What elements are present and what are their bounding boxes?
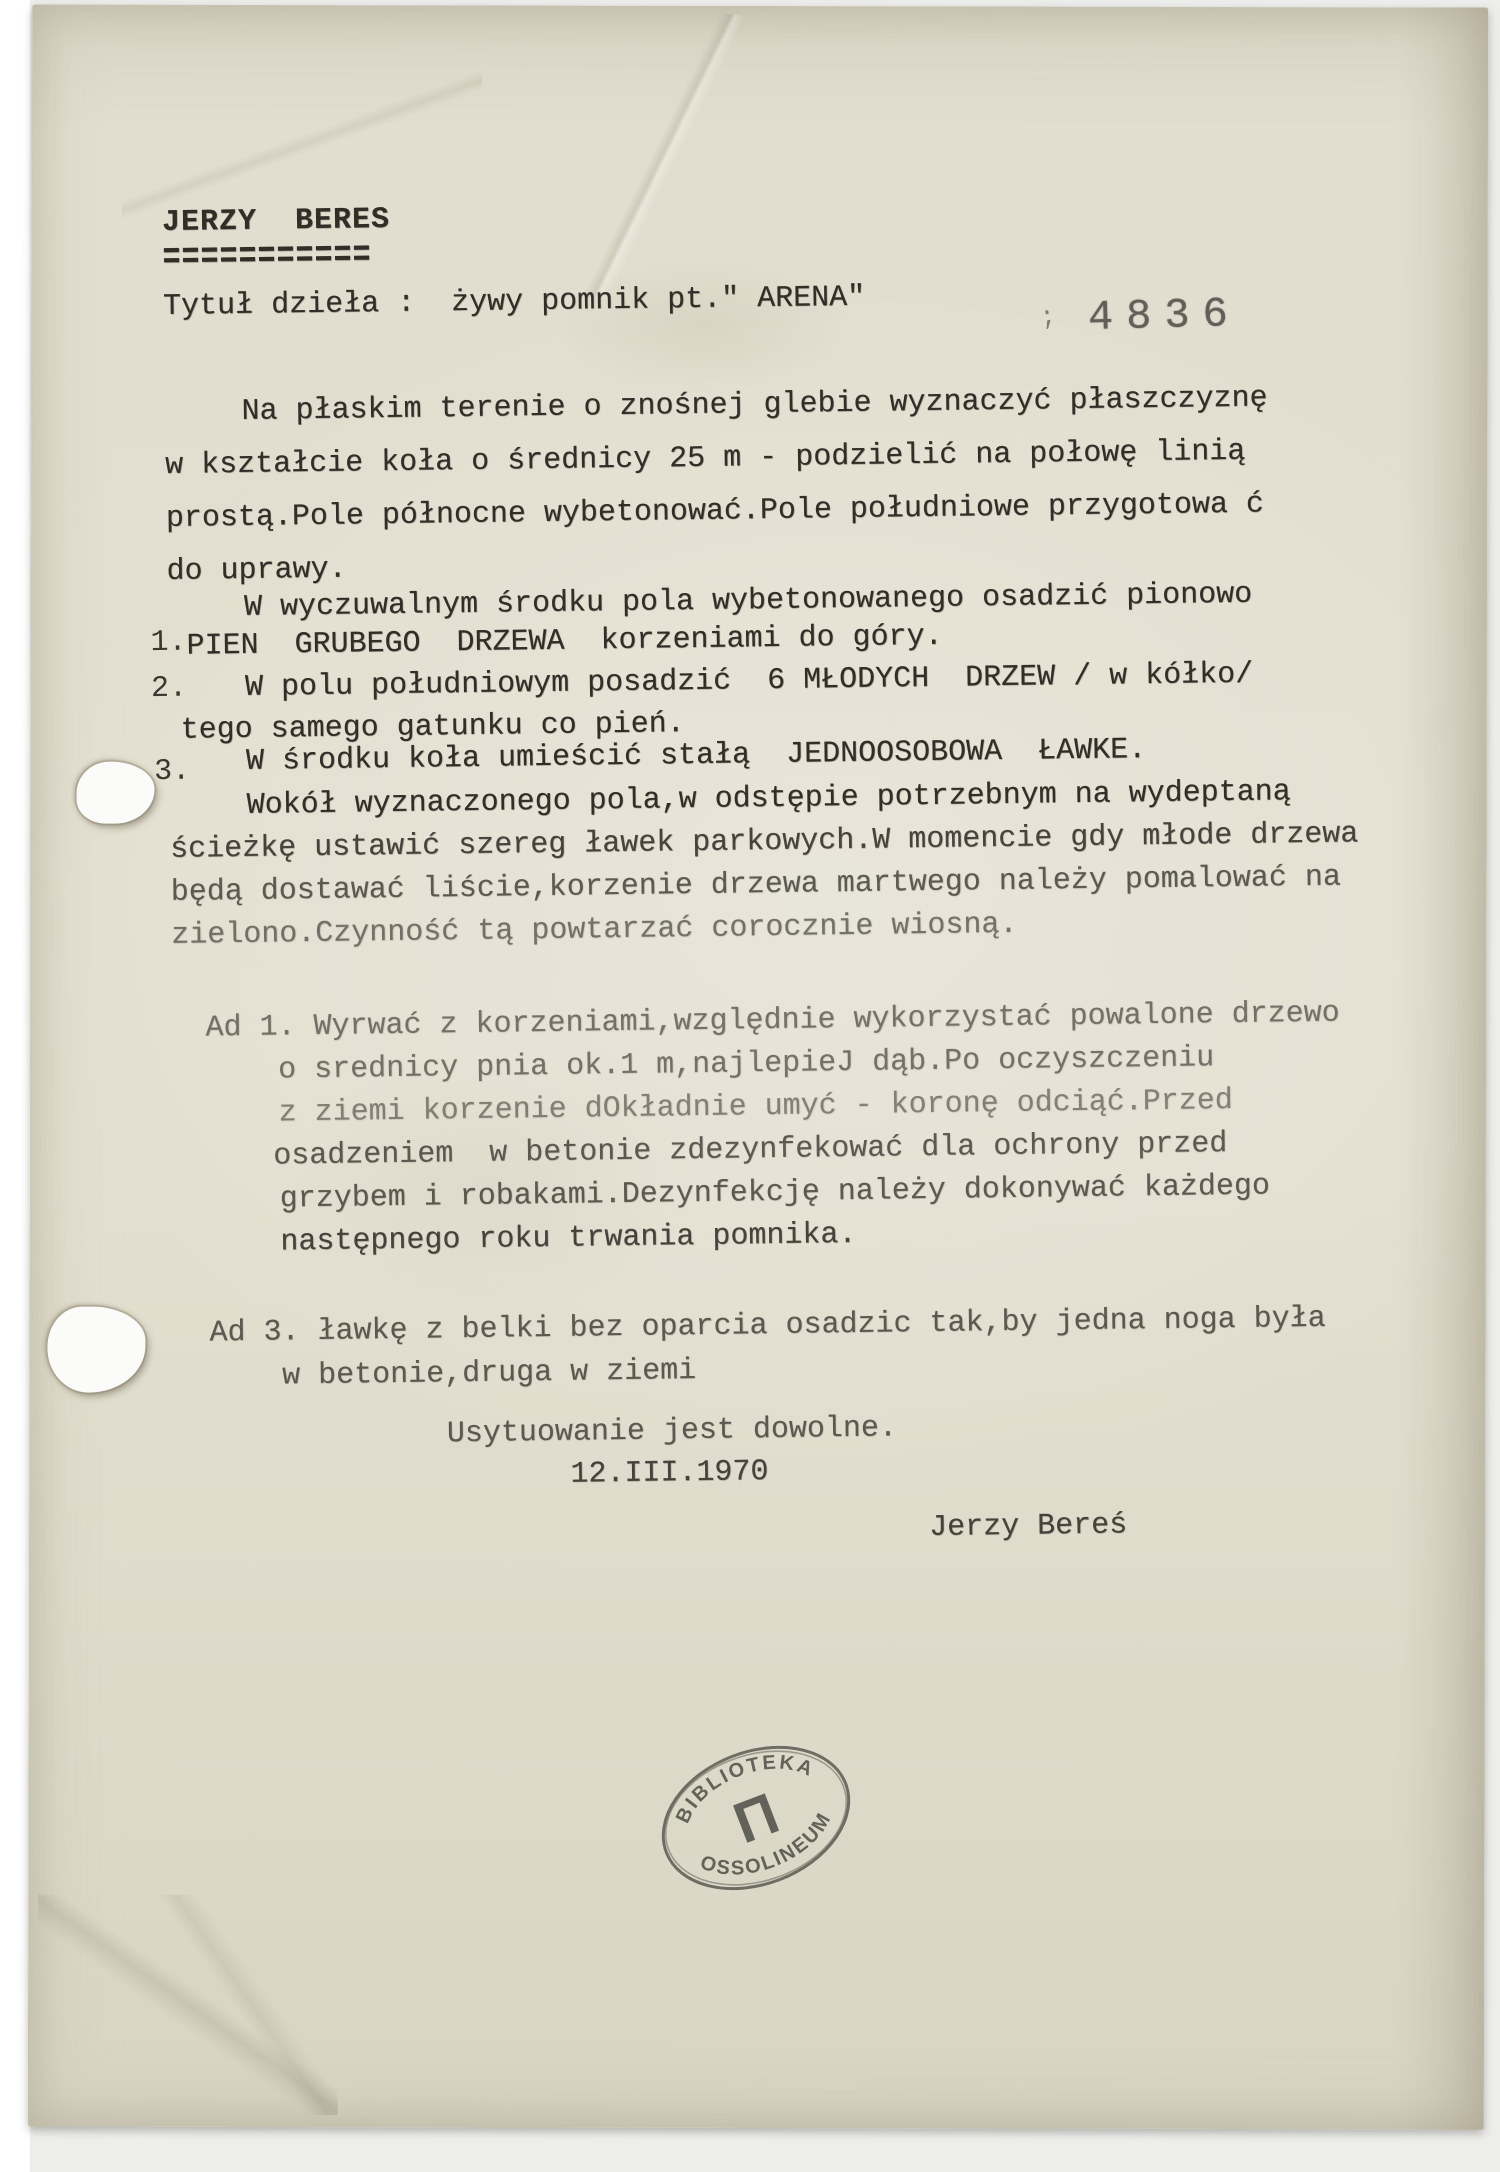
typed-line: następnego roku trwania pomnika. xyxy=(280,1218,856,1260)
author-underline: =========== xyxy=(162,235,372,281)
catalog-number: 4836 xyxy=(1087,290,1241,342)
date-line: 12.III.1970 xyxy=(570,1455,768,1492)
typed-line: do uprawy. xyxy=(166,553,346,590)
typed-line: Usytuowanie jest dowolne. xyxy=(447,1411,897,1451)
typed-line: Na płaskim terenie o znośnej glebie wyzn… xyxy=(241,382,1268,430)
typed-line: W polu południowym posadzić 6 MŁODYCH DR… xyxy=(245,658,1254,706)
typed-line: będą dostawać liście,korzenie drzewa mar… xyxy=(171,861,1342,911)
typed-line: W wyczuwalnym środku pola wybetonowanego… xyxy=(244,578,1253,626)
typed-line: Wokół wyznaczonego pola,w odstępie potrz… xyxy=(246,775,1291,823)
scanned-page: JERZY BERES =========== Tytuł dzieła : ż… xyxy=(0,0,1500,2172)
typed-line: Ad 1. Wyrwać z korzeniami,względnie wyko… xyxy=(205,997,1340,1046)
signature-line: Jerzy Bereś xyxy=(929,1508,1127,1545)
typed-line: w betonie,druga w ziemi xyxy=(282,1354,696,1394)
typed-line: zielono.Czynność tą powtarzać corocznie … xyxy=(171,908,1018,954)
typed-line: w kształcie koła o średnicy 25 m - podzi… xyxy=(165,435,1246,484)
margin-number-3: 3. xyxy=(154,757,190,787)
work-title: Tytuł dzieła : żywy pomnik pt." ARENA" xyxy=(163,281,866,325)
typed-line: ścieżkę ustawić szereg ławek parkowych.W… xyxy=(170,817,1359,867)
typed-line: osadzeniem w betonie zdezynfekować dla o… xyxy=(273,1127,1228,1174)
typed-line: o srednicy pnia ok.1 m,najlepieJ dąb.Po … xyxy=(278,1041,1215,1088)
typed-line: grzybem i robakami.Dezynfekcję należy do… xyxy=(280,1170,1271,1217)
typed-line: prostą.Pole północne wybetonować.Pole po… xyxy=(166,488,1265,537)
margin-number-1: 1. xyxy=(150,628,186,658)
margin-number-2: 2. xyxy=(151,674,187,704)
typed-line: z ziemi korzenie dOkładnie umyć - koronę… xyxy=(278,1084,1233,1131)
typed-line: Ad 3. ławkę z belki bez oparcia osadzic … xyxy=(209,1302,1326,1351)
typed-line: PIEN GRUBEGO DRZEWA korzeniami do góry. xyxy=(186,620,943,664)
stamp-monogram: П xyxy=(725,1781,787,1857)
